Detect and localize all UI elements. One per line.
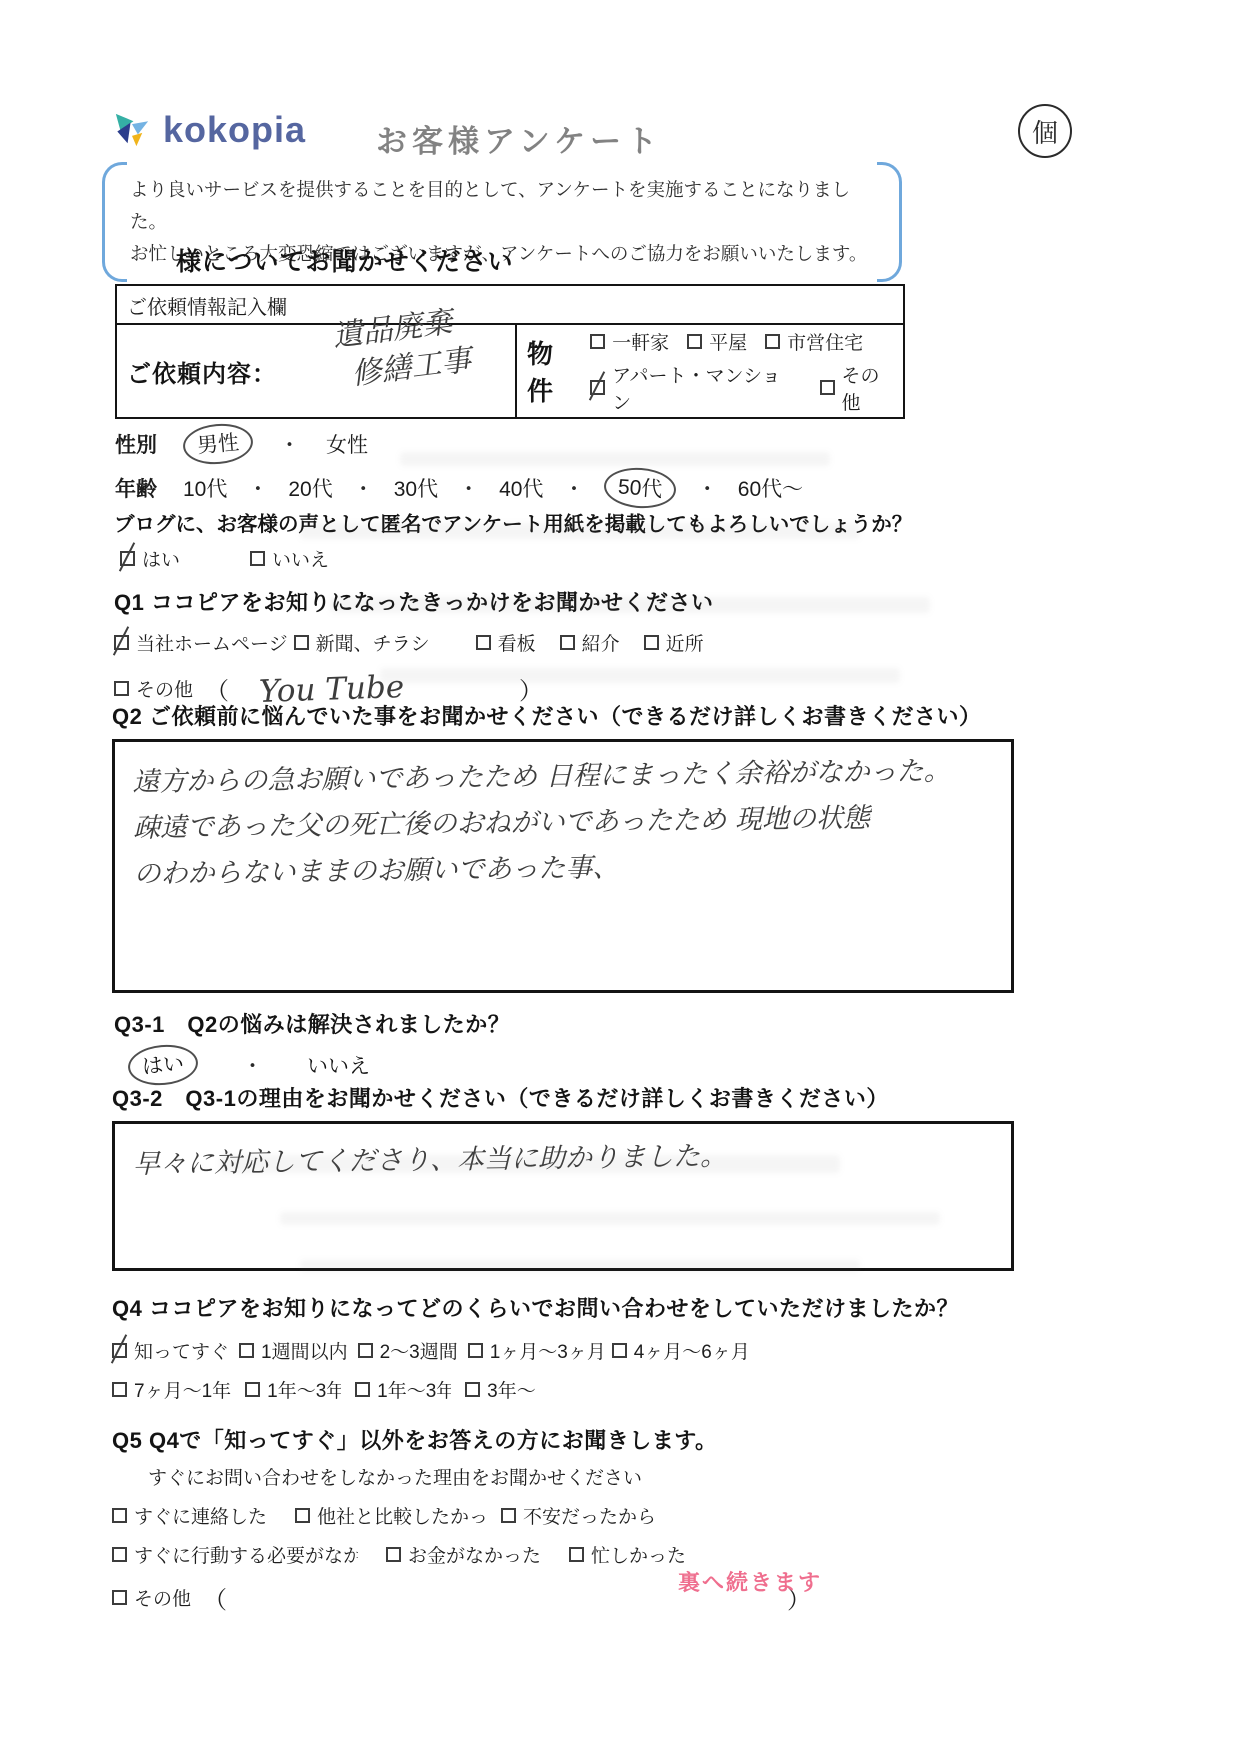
about-section-heading: 様についてお聞かせください (176, 242, 514, 278)
q4-option-within-1week[interactable]: 1週間以内 (239, 1337, 348, 1364)
checkbox[interactable] (114, 681, 129, 696)
property-option-other[interactable]: その他 (820, 361, 897, 415)
q3-2-answer-box[interactable]: 早々に対応してくださり、本当に助かりました。 (112, 1121, 1014, 1271)
question-5: Q5 Q4で「知ってすぐ」以外をお答えの方にお聞きします。 すぐにお問い合わせを… (112, 1424, 1062, 1615)
q1-options-row: 当社ホームページ 新聞、チラシ 看板 紹介 近所 (114, 629, 1014, 656)
q4-option-2-3weeks[interactable]: 2～3週間 (358, 1337, 458, 1364)
blog-answer-row: はい いいえ (120, 545, 329, 572)
q1-option-referral[interactable]: 紹介 (560, 629, 620, 656)
q5-option-other[interactable]: その他 (112, 1584, 191, 1611)
checkbox[interactable] (820, 380, 835, 395)
property-option-apartment[interactable]: アパート・マンション (590, 361, 795, 415)
q4-options-row-2: 7ヶ月～1年 1年～3年 1年～3年 3年～ (112, 1376, 1112, 1403)
q5-option-no-money[interactable]: お金がなかった (386, 1541, 541, 1568)
blog-question: ブログに、お客様の声として匿名でアンケート用紙を掲載してもよろしいでしょうか？ (114, 507, 912, 537)
age-option-60s[interactable]: 60代～ (738, 473, 803, 503)
checkbox[interactable] (476, 635, 491, 650)
q4-options-row-1: 知ってすぐ 1週間以内 2～3週間 1ヶ月～3ヶ月 4ヶ月～6ヶ月 (112, 1337, 1112, 1364)
property-option-shiei[interactable]: 市営住宅 (765, 328, 863, 355)
q5-options-row-2: すぐに行動する必要がなかった お金がなかった 忙しかった (112, 1541, 1062, 1568)
checkbox[interactable] (612, 1343, 627, 1358)
separator-dot: ・ (247, 473, 268, 503)
separator-dot: ・ (279, 429, 300, 459)
q2-answer-box[interactable]: 遠方からの急お願いであったため 日程にまったく余裕がなかった。 疎遠であった父の… (112, 739, 1014, 993)
checkbox[interactable] (560, 635, 575, 650)
age-option-10s[interactable]: 10代 (183, 473, 227, 503)
checkbox[interactable] (468, 1343, 483, 1358)
kokopia-logo: kokopia (110, 108, 306, 152)
gender-option-female[interactable]: 女性 (326, 429, 368, 459)
age-option-20s[interactable]: 20代 (288, 473, 332, 503)
q4-option-1-3months[interactable]: 1ヶ月～3ヶ月 (468, 1337, 602, 1364)
checkbox[interactable] (245, 1382, 260, 1397)
gender-label: 性別 (115, 429, 157, 459)
q3-1-option-no[interactable]: いいえ (307, 1050, 370, 1080)
separator-dot: ・ (563, 473, 584, 503)
stamp-text: 個 (1032, 113, 1058, 150)
checkbox[interactable] (590, 334, 605, 349)
property-option-ikkenya[interactable]: 一軒家 (590, 328, 669, 355)
checkbox[interactable] (112, 1382, 127, 1397)
q4-option-7months-1year[interactable]: 7ヶ月～1年 (112, 1376, 231, 1403)
pinwheel-logo-icon (110, 108, 154, 152)
q4-option-immediately[interactable]: 知ってすぐ (112, 1337, 229, 1364)
bleed-through-smudge (400, 452, 830, 466)
age-row: 年齢 10代 ・ 20代 ・ 30代 ・ 40代 ・ 50代 ・ 60代～ (115, 468, 803, 508)
q2-answer-handwriting: 遠方からの急お願いであったため 日程にまったく余裕がなかった。 疎遠であった父の… (132, 748, 994, 898)
separator-dot: ・ (353, 473, 374, 503)
kojin-stamp: 個 (1018, 104, 1072, 158)
gender-row: 性別 男性 ・ 女性 (115, 424, 368, 464)
property-label: 物件 (527, 334, 578, 408)
q1-option-homepage[interactable]: 当社ホームページ (114, 629, 288, 656)
separator-dot: ・ (242, 1050, 263, 1080)
q4-option-1-3years-b[interactable]: 1年～3年 (355, 1376, 451, 1403)
question-1: Q1 ココピアをお知りになったきっかけをお聞かせください 当社ホームページ 新聞… (114, 586, 1014, 706)
request-content-label: ご依頼内容： (127, 354, 277, 389)
request-content-handwriting: 遺品廃棄 修繕工事 (331, 301, 474, 397)
checkbox[interactable] (644, 635, 659, 650)
q3-2-answer-handwriting: 早々に対応してくださり、本当に助かりました。 (133, 1130, 994, 1188)
property-option-hiraya[interactable]: 平屋 (687, 328, 747, 355)
q1-option-newspaper[interactable]: 新聞、チラシ (294, 629, 430, 656)
q5-option-anxious[interactable]: 不安だったから (501, 1502, 656, 1529)
checkbox[interactable] (250, 551, 265, 566)
checkbox[interactable] (355, 1382, 370, 1397)
checkbox[interactable] (295, 1508, 310, 1523)
checkbox[interactable] (386, 1547, 401, 1562)
q5-options-row-1: すぐに連絡した 他社と比較したかった 不安だったから (112, 1502, 1062, 1529)
q3-2-heading: Q3-2 Q3-1の理由をお聞かせください（できるだけ詳しくお書きください） (112, 1082, 1014, 1113)
separator-dot: ・ (458, 473, 479, 503)
q4-option-4-6months[interactable]: 4ヶ月～6ヶ月 (612, 1337, 750, 1364)
checkbox[interactable] (239, 1343, 254, 1358)
intro-line-1: より良いサービスを提供することを目的として、アンケートを実施することになりました… (130, 174, 874, 238)
checkbox[interactable] (112, 1590, 127, 1605)
q5-subtext: すぐにお問い合わせをしなかった理由をお聞かせください (148, 1463, 1062, 1490)
question-4: Q4 ココピアをお知りになってどのくらいでお問い合わせをしていただけましたか？ … (112, 1292, 1112, 1403)
age-option-30s[interactable]: 30代 (394, 473, 438, 503)
checkbox-checked[interactable] (590, 380, 605, 395)
checkbox-checked[interactable] (114, 635, 129, 650)
question-2: Q2 ご依頼前に悩んでいた事をお聞かせください（できるだけ詳しくお書きください）… (112, 700, 1014, 993)
continues-on-back-note: 裏へ続きます (678, 1566, 822, 1597)
age-label: 年齢 (115, 473, 157, 503)
checkbox[interactable] (765, 334, 780, 349)
checkbox[interactable] (112, 1508, 127, 1523)
checkbox[interactable] (112, 1547, 127, 1562)
checkbox[interactable] (294, 635, 309, 650)
checkbox-checked[interactable] (120, 551, 135, 566)
blog-option-yes[interactable]: はい (120, 545, 180, 572)
q1-option-neighborhood[interactable]: 近所 (644, 629, 704, 656)
q5-heading: Q5 Q4で「知ってすぐ」以外をお答えの方にお聞きします。 (112, 1424, 1062, 1455)
question-3-2: Q3-2 Q3-1の理由をお聞かせください（できるだけ詳しくお書きください） 早… (112, 1082, 1014, 1271)
logo-text: kokopia (163, 109, 306, 151)
question-3-1: Q3-1 Q2の悩みは解決されましたか？ はい ・ いいえ (114, 1008, 1014, 1085)
age-option-50s-circled[interactable]: 50代 (603, 466, 678, 511)
q5-option-contacted-immediately[interactable]: すぐに連絡した (112, 1502, 267, 1529)
page-title: お客様アンケート (376, 116, 662, 161)
checkbox[interactable] (358, 1343, 373, 1358)
q1-option-other[interactable]: その他 (114, 675, 193, 702)
blog-option-no[interactable]: いいえ (250, 545, 329, 572)
property-cell: 物件 一軒家 平屋 市営住宅 アパート・マンション その他 (517, 325, 903, 417)
q5-other-row: その他 （ ） (112, 1580, 1062, 1615)
q5-option-compared-companies[interactable]: 他社と比較したかった (295, 1502, 489, 1529)
q5-option-no-need-to-act[interactable]: すぐに行動する必要がなかった (112, 1541, 358, 1568)
table-title: ご依頼情報記入欄 (117, 286, 903, 325)
q3-1-answer-row: はい ・ いいえ (128, 1045, 1014, 1085)
separator-dot: ・ (697, 473, 718, 503)
gender-option-male-circled[interactable]: 男性 (181, 421, 254, 467)
age-option-40s[interactable]: 40代 (499, 473, 543, 503)
q1-heading: Q1 ココピアをお知りになったきっかけをお聞かせください (114, 586, 1014, 617)
request-content-cell[interactable]: ご依頼内容： 遺品廃棄 修繕工事 (117, 325, 517, 417)
q4-heading: Q4 ココピアをお知りになってどのくらいでお問い合わせをしていただけましたか？ (112, 1292, 1112, 1323)
checkbox-checked[interactable] (112, 1343, 127, 1358)
paren-open: （ (203, 1580, 227, 1615)
q4-option-1-3years[interactable]: 1年～3年 (245, 1376, 341, 1403)
checkbox[interactable] (569, 1547, 584, 1562)
q2-heading: Q2 ご依頼前に悩んでいた事をお聞かせください（できるだけ詳しくお書きください） (112, 700, 1014, 731)
checkbox[interactable] (465, 1382, 480, 1397)
q3-1-heading: Q3-1 Q2の悩みは解決されましたか？ (114, 1008, 1014, 1039)
checkbox[interactable] (687, 334, 702, 349)
request-info-table: ご依頼情報記入欄 ご依頼内容： 遺品廃棄 修繕工事 物件 一軒家 平屋 市営住宅… (115, 284, 905, 419)
q1-option-signboard[interactable]: 看板 (476, 629, 536, 656)
checkbox[interactable] (501, 1508, 516, 1523)
q4-option-3years-plus[interactable]: 3年～ (465, 1376, 536, 1403)
q5-option-busy[interactable]: 忙しかった (569, 1541, 686, 1568)
